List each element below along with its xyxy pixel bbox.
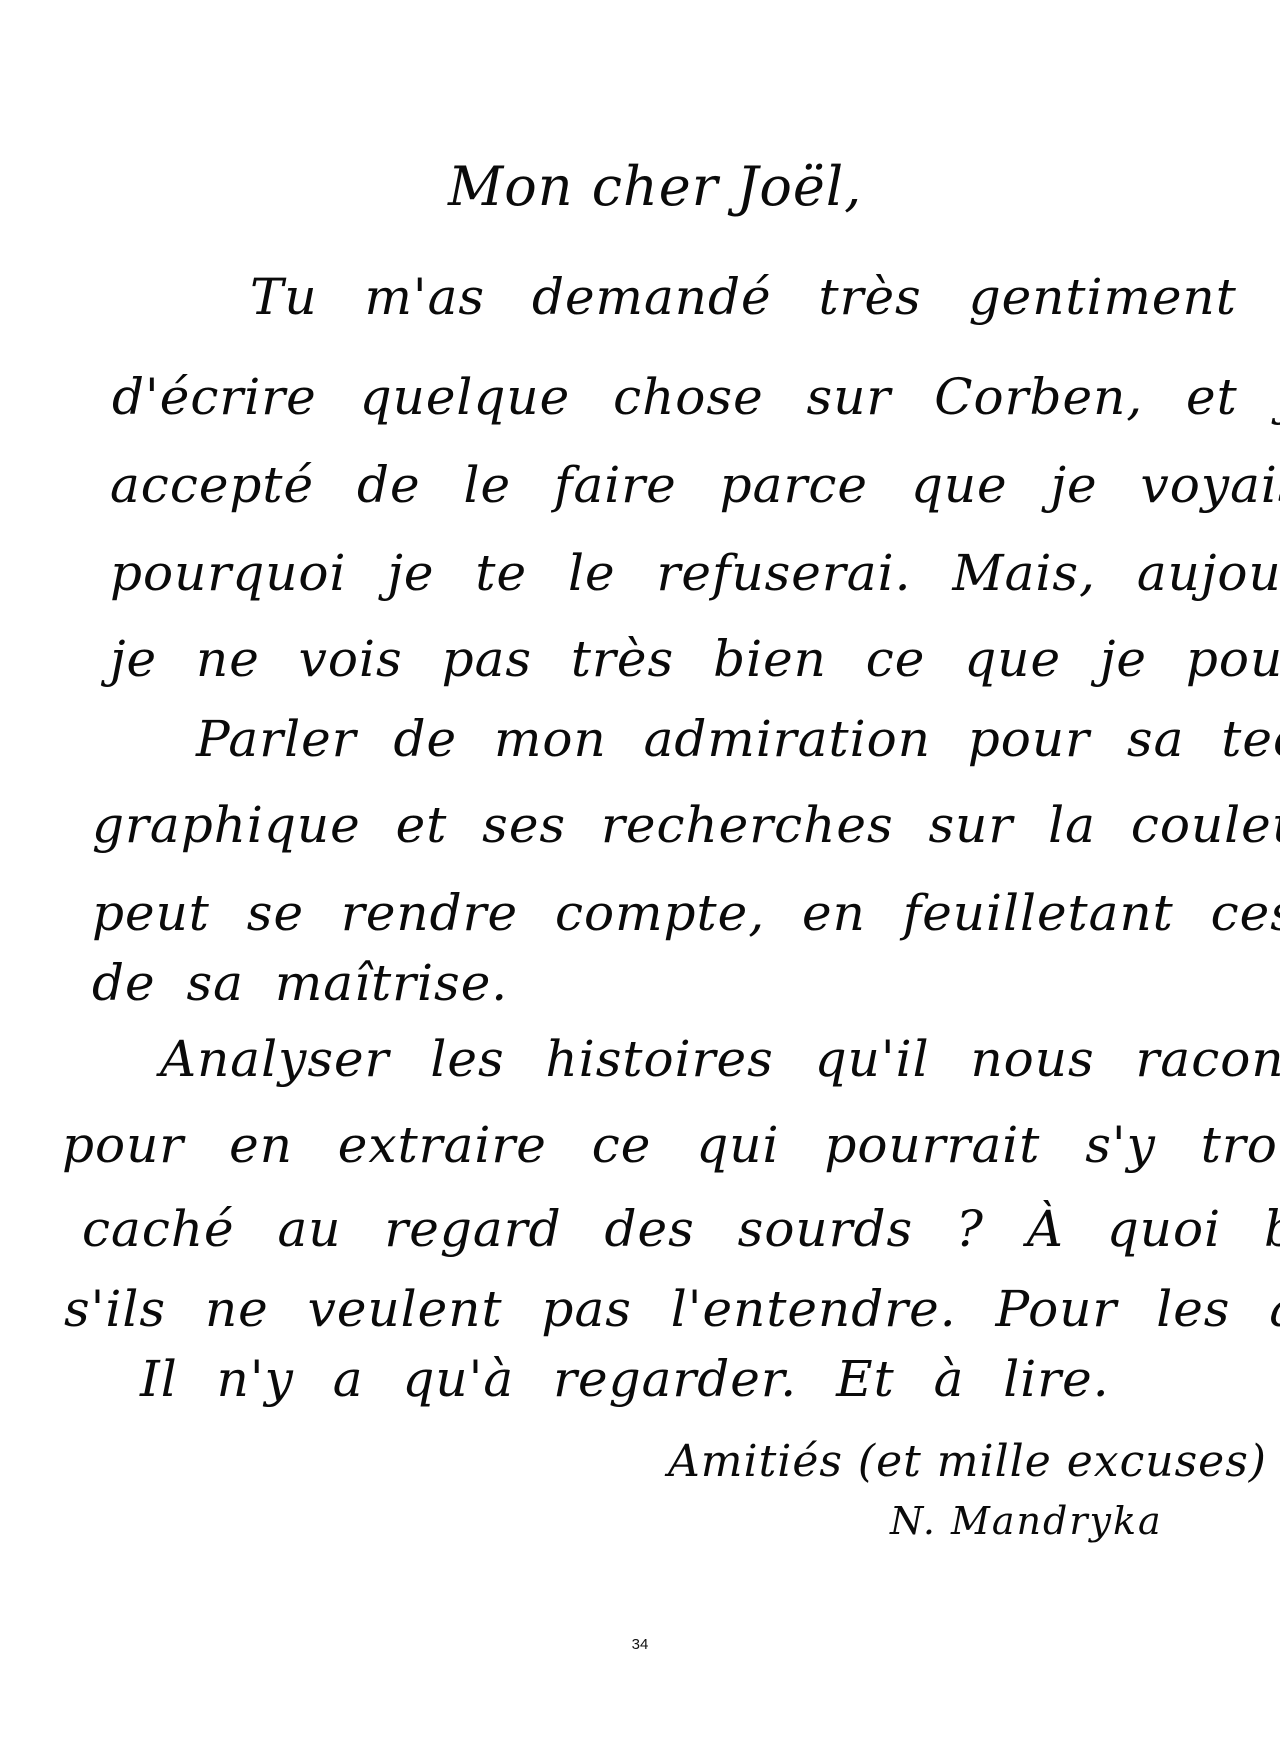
letter-signature: N. Mandryka bbox=[890, 1502, 1163, 1540]
letter-line: s'ils ne veulent pas l'entendre. Pour le… bbox=[64, 1284, 1280, 1334]
letter-line: pourquoi je te le refuserai. Mais, aujou… bbox=[110, 548, 1280, 598]
letter-page: Mon cher Joël, Tu m'as demandé très gent… bbox=[0, 0, 1280, 1746]
letter-line: Analyser les histoires qu'il nous racont… bbox=[160, 1034, 1280, 1084]
letter-line: peut se rendre compte, en feuilletant ce… bbox=[92, 888, 1280, 938]
letter-line: je ne vois pas très bien ce que je pourr… bbox=[110, 634, 1280, 684]
letter-line: Parler de mon admiration pour sa techniq… bbox=[196, 714, 1280, 764]
letter-line: graphique et ses recherches sur la coule… bbox=[92, 800, 1280, 850]
letter-line: d'écrire quelque chose sur Corben, et j'… bbox=[112, 372, 1280, 422]
letter-line: de sa maîtrise. bbox=[92, 958, 508, 1008]
letter-line: Tu m'as demandé très gentiment bbox=[250, 272, 1237, 322]
letter-line: caché au regard des sourds ? À quoi bon, bbox=[82, 1204, 1280, 1254]
page-number: 34 bbox=[0, 1636, 1280, 1653]
letter-line: Il n'y a qu'à regarder. Et à lire. bbox=[140, 1354, 1110, 1404]
letter-line: accepté de le faire parce que je voyais … bbox=[110, 460, 1280, 510]
letter-line: pour en extraire ce qui pourrait s'y tro… bbox=[62, 1120, 1280, 1170]
letter-salutation: Mon cher Joël, bbox=[448, 160, 862, 214]
letter-closing: Amitiés (et mille excuses) bbox=[668, 1440, 1267, 1484]
